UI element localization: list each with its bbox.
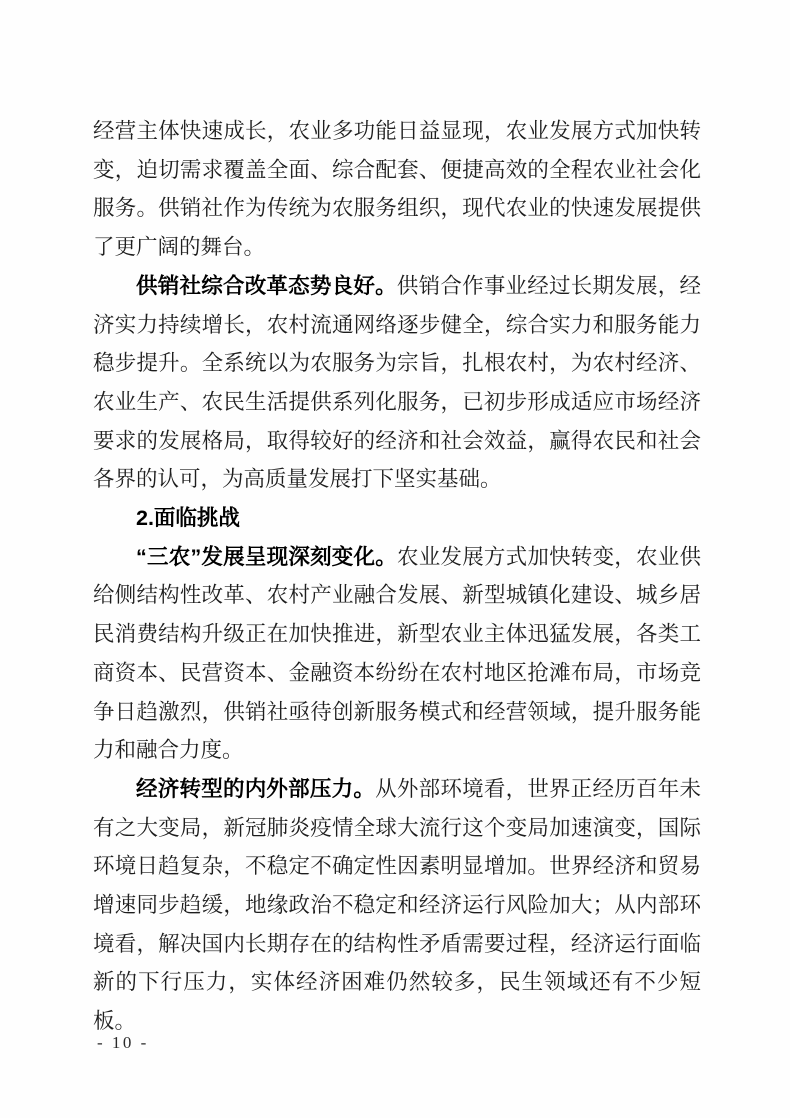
paragraph-lead-bold: 供销社综合改革态势良好。 [136,274,397,298]
paragraph-economic-pressure: 经济转型的内外部压力。从外部环境看，世界正经历百年未有之大变局，新冠肺炎疫情全球… [93,770,701,1041]
paragraph-reform-momentum: 供销社综合改革态势良好。供销合作事业经过长期发展，经济实力持续增长，农村流通网络… [93,267,701,499]
document-page: 经营主体快速成长，农业多功能日益显现，农业发展方式加快转变，迫切需求覆盖全面、综… [0,0,790,1118]
section-heading-challenges: 2.面临挑战 [93,499,701,538]
paragraph-text: 从外部环境看，世界正经历百年未有之大变局，新冠肺炎疫情全球大流行这个变局加速演变… [93,777,701,1033]
paragraph-text: 农业发展方式加快转变，农业供给侧结构性改革、农村产业融合发展、新型城镇化建设、城… [93,545,701,763]
paragraph-text: 经营主体快速成长，农业多功能日益显现，农业发展方式加快转变，迫切需求覆盖全面、综… [93,119,701,259]
document-body: 经营主体快速成长，农业多功能日益显现，农业发展方式加快转变，迫切需求覆盖全面、综… [93,112,701,1041]
paragraph-text: 供销合作事业经过长期发展，经济实力持续增长，农村流通网络逐步健全，综合实力和服务… [93,274,701,492]
paragraph-lead-bold: 经济转型的内外部压力。 [136,777,375,801]
paragraph-lead-bold: “三农”发展呈现深刻变化。 [136,545,397,569]
page-number: - 10 - [97,1032,149,1054]
paragraph-intro-continuation: 经营主体快速成长，农业多功能日益显现，农业发展方式加快转变，迫切需求覆盖全面、综… [93,112,701,267]
paragraph-sannong-changes: “三农”发展呈现深刻变化。农业发展方式加快转变，农业供给侧结构性改革、农村产业融… [93,538,701,770]
